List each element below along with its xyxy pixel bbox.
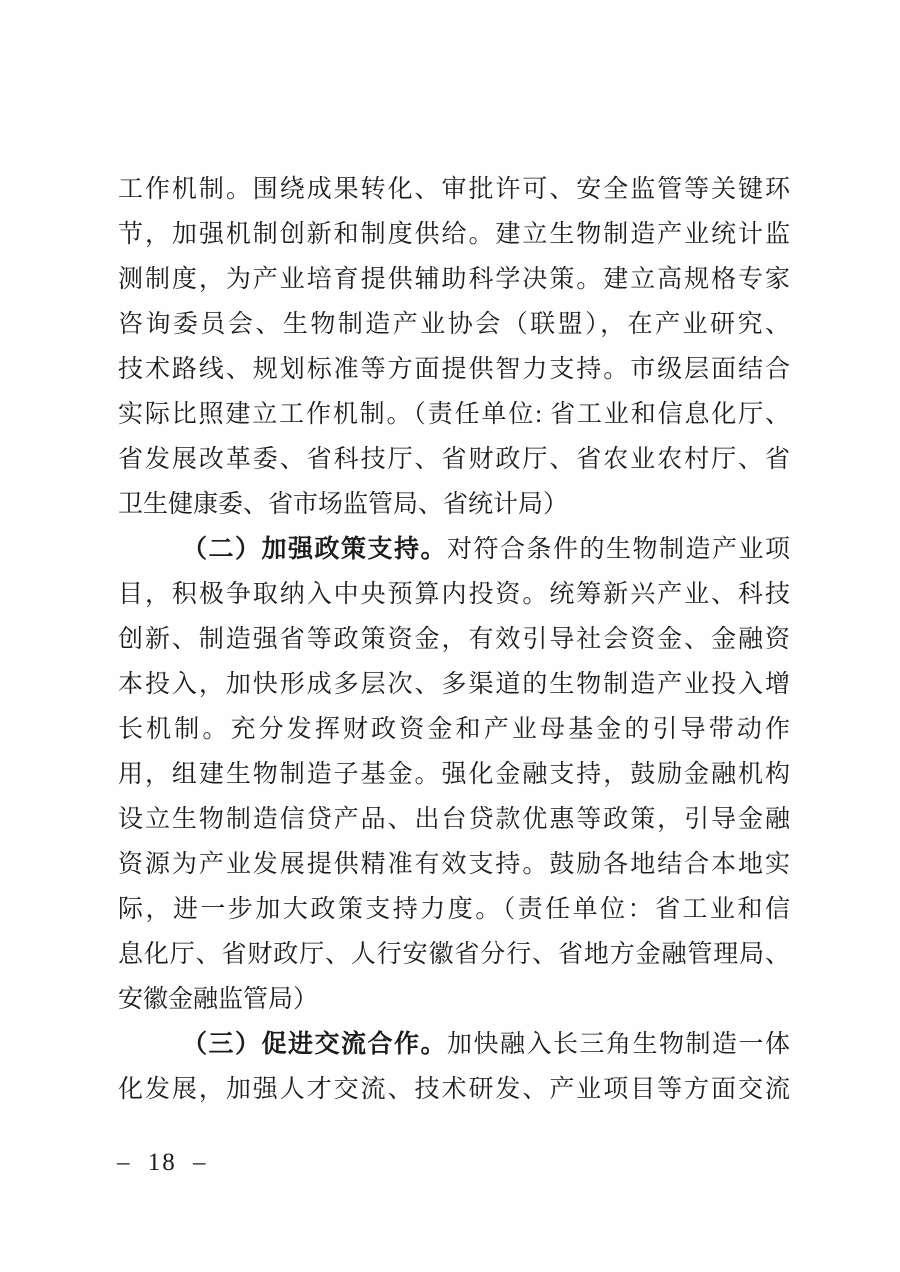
line-text: 安徽金融监管局）	[118, 986, 318, 1013]
line-text: 工作机制。围绕成果转化、审批许可、安全监管等关键环	[118, 176, 790, 203]
line-text: 用，组建生物制造子基金。强化金融支持，鼓励金融机构	[118, 761, 790, 788]
text-line: 省发展改革委、省科技厅、省财政厅、省农业农村厅、省	[118, 437, 790, 482]
text-line: 设立生物制造信贷产品、出台贷款优惠等政策，引导金融	[118, 797, 790, 842]
text-line: 化发展，加强人才交流、技术研发、产业项目等方面交流	[118, 1067, 790, 1112]
text-line: 资源为产业发展提供精准有效支持。鼓励各地结合本地实	[118, 842, 790, 887]
line-text: 化发展，加强人才交流、技术研发、产业项目等方面交流	[118, 1076, 790, 1103]
text-line: 用，组建生物制造子基金。强化金融支持，鼓励金融机构	[118, 752, 790, 797]
line-text: 对符合条件的生物制造产业项	[447, 536, 790, 563]
text-line: 测制度，为产业培育提供辅助科学决策。建立高规格专家	[118, 257, 790, 302]
text-line: 节，加强机制创新和制度供给。建立生物制造产业统计监	[118, 212, 790, 257]
line-text: 省发展改革委、省科技厅、省财政厅、省农业农村厅、省	[118, 446, 790, 473]
line-text: 本投入，加快形成多层次、多渠道的生物制造产业投入增	[118, 671, 790, 698]
line-text: 目，积极争取纳入中央预算内投资。统筹新兴产业、科技	[118, 581, 790, 608]
section-heading: （三）促进交流合作。	[182, 1031, 447, 1058]
text-line: 本投入，加快形成多层次、多渠道的生物制造产业投入增	[118, 662, 790, 707]
text-line: （三）促进交流合作。加快融入长三角生物制造一体	[118, 1022, 790, 1067]
text-line: 咨询委员会、生物制造产业协会（联盟），在产业研究、	[118, 302, 790, 347]
line-text: 际，进一步加大政策支持力度。（责任单位：省工业和信	[118, 896, 790, 923]
line-text: 长机制。充分发挥财政资金和产业母基金的引导带动作	[118, 716, 790, 743]
text-line: （二）加强政策支持。对符合条件的生物制造产业项	[118, 527, 790, 572]
line-text: 资源为产业发展提供精准有效支持。鼓励各地结合本地实	[118, 851, 790, 878]
text-line: 创新、制造强省等政策资金，有效引导社会资金、金融资	[118, 617, 790, 662]
section-heading: （二）加强政策支持。	[182, 536, 447, 563]
document-page: 工作机制。围绕成果转化、审批许可、安全监管等关键环节，加强机制创新和制度供给。建…	[0, 0, 900, 1272]
line-text: 加快融入长三角生物制造一体	[447, 1031, 790, 1058]
line-text: 创新、制造强省等政策资金，有效引导社会资金、金融资	[118, 626, 790, 653]
line-text: 设立生物制造信贷产品、出台贷款优惠等政策，引导金融	[118, 806, 790, 833]
text-line: 实际比照建立工作机制。（责任单位: 省工业和信息化厅、	[118, 392, 790, 437]
line-text: 卫生健康委、省市场监管局、省统计局）	[118, 491, 568, 518]
text-line: 际，进一步加大政策支持力度。（责任单位：省工业和信	[118, 887, 790, 932]
line-text: 测制度，为产业培育提供辅助科学决策。建立高规格专家	[118, 266, 790, 293]
text-line: 长机制。充分发挥财政资金和产业母基金的引导带动作	[118, 707, 790, 752]
line-text: 技术路线、规划标准等方面提供智力支持。市级层面结合	[118, 356, 790, 383]
text-line: 目，积极争取纳入中央预算内投资。统筹新兴产业、科技	[118, 572, 790, 617]
text-line: 工作机制。围绕成果转化、审批许可、安全监管等关键环	[118, 167, 790, 212]
line-text: 实际比照建立工作机制。（责任单位: 省工业和信息化厅、	[118, 401, 790, 428]
text-line: 息化厅、省财政厅、人行安徽省分行、省地方金融管理局、	[118, 932, 790, 977]
text-line: 技术路线、规划标准等方面提供智力支持。市级层面结合	[118, 347, 790, 392]
line-text: 息化厅、省财政厅、人行安徽省分行、省地方金融管理局、	[118, 941, 790, 968]
page-number: – 18 –	[117, 1149, 208, 1177]
text-line: 卫生健康委、省市场监管局、省统计局）	[118, 482, 790, 527]
line-text: 咨询委员会、生物制造产业协会（联盟），在产业研究、	[118, 311, 790, 338]
line-text: 节，加强机制创新和制度供给。建立生物制造产业统计监	[118, 221, 790, 248]
document-body: 工作机制。围绕成果转化、审批许可、安全监管等关键环节，加强机制创新和制度供给。建…	[118, 167, 790, 1112]
text-line: 安徽金融监管局）	[118, 977, 790, 1022]
